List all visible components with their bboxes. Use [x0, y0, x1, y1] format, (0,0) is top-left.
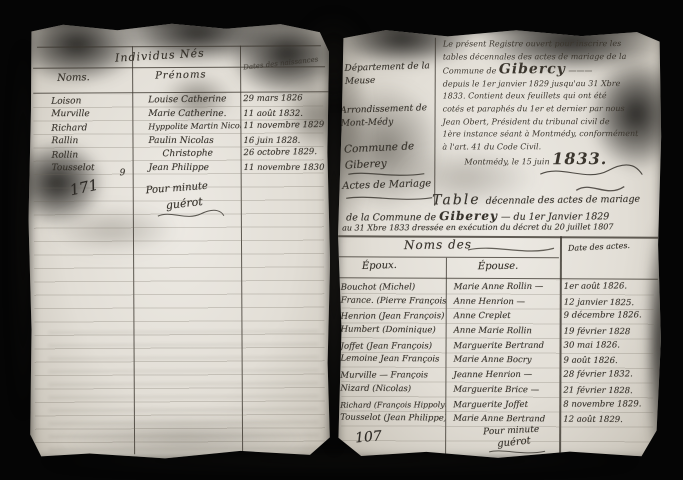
epouse: Anne Creplet	[446, 311, 560, 321]
nom: Rollin	[27, 150, 132, 161]
epouse: Anne Henrion —	[446, 296, 560, 307]
column-header-dates: Date des actes.	[568, 241, 630, 253]
decennial-heading-line3: au 31 Xbre 1833 dressée en exécution du …	[342, 222, 613, 232]
commune-name: Gibercy	[499, 61, 566, 77]
nom: Loison	[27, 96, 132, 107]
date: 30 mai 1826.	[560, 340, 662, 350]
column-header-dates: Dates des naissances	[243, 55, 319, 71]
epouse: Marie Anne Rollin —	[446, 282, 560, 292]
cert-line: cotés et paraphés du 1er et dernier par …	[443, 103, 657, 116]
date: 1er août 1826.	[560, 281, 662, 291]
scanned-register-spread: Individus Nés Noms. Prénoms Dates des na…	[0, 0, 683, 480]
signature-flourish-icon	[487, 447, 547, 457]
prenom: Louise Catherine	[132, 94, 240, 106]
cert-line: à l'art. 41 du Code Civil.	[442, 141, 656, 154]
left-table-title: Individus Nés	[115, 47, 205, 65]
heading-rest: décennale des actes de mariage	[486, 194, 641, 207]
nom: Rallin	[27, 136, 132, 146]
table-row: Tousselot Jean Philippe 11 novembre 1830	[28, 162, 330, 176]
date-place: Montmédy, le 15 juin	[464, 158, 549, 167]
ink-stain	[48, 207, 178, 253]
margin-page-number: 107	[355, 428, 383, 446]
nom: Richard	[27, 123, 132, 134]
date: 16 juin 1828.	[240, 135, 329, 145]
epouse: Marie Anne Bocry	[445, 355, 559, 366]
prenom: Paulin Nicolas	[132, 135, 240, 145]
cert-line-commune: Commune de Gibercy ———	[443, 63, 657, 78]
cert-line: 1833. Contient deux feuillets qui ont ét…	[443, 90, 657, 103]
commune-prefix: Commune de	[443, 67, 497, 76]
heading-line2-prefix: de la Commune de	[346, 212, 436, 223]
prenom: Jean Philippe	[133, 162, 241, 172]
heading-line2-rest: — du 1er Janvier 1829	[501, 211, 609, 222]
column-header-prenoms: Prénoms	[155, 69, 207, 81]
births-rows: Loison Louise Catherine 29 mars 1826 Mur…	[27, 94, 329, 177]
date: 28 février 1832.	[559, 369, 661, 379]
epoux: Nizard (Nicolas)	[335, 383, 445, 394]
left-page-births-table: Individus Nés Noms. Prénoms Dates des na…	[27, 21, 331, 461]
margin-divider	[434, 38, 436, 206]
date: 11 août 1832.	[240, 108, 329, 118]
date: 12 janvier 1825.	[560, 297, 662, 308]
marriages-rows: Bouchot (Michel) Marie Anne Rollin — 1er…	[335, 281, 662, 429]
closing-note: Pour minute	[483, 425, 539, 438]
signature-name: guérot	[497, 435, 532, 449]
prenom: Hyppolite Martin Nicolas	[132, 121, 240, 132]
epoux: Henrion (Jean François)	[336, 312, 446, 322]
date: 9 août 1826.	[559, 356, 661, 367]
date: 26 octobre 1829.	[240, 147, 329, 158]
header-underline	[338, 277, 658, 279]
dash-rule: ———	[568, 66, 592, 75]
nom: Tousselot	[28, 163, 133, 173]
decennial-table-heading: Table décennale des actes de mariage	[432, 187, 640, 209]
column-header-epouse: Épouse.	[478, 261, 519, 273]
page-shading	[27, 21, 331, 461]
epouse: Marie Anne Bertrand	[445, 414, 559, 425]
prenom: Christophe	[132, 148, 240, 160]
span-header-noms-des: Noms des	[404, 237, 472, 252]
cert-line: Jean Obert, Président du tribunal civil …	[443, 116, 657, 129]
cert-line: 1ère instance séant à Montmédy, conformé…	[442, 128, 656, 141]
signature-name: guérot	[165, 195, 203, 212]
margin-page-number: 171	[68, 176, 100, 200]
underline-flourish-icon	[344, 193, 434, 203]
table-row: Bouchot (Michel) Marie Anne Rollin — 1er…	[336, 281, 662, 297]
epouse: Anne Marie Rollin	[446, 326, 560, 337]
cert-date-line: Montmédy, le 15 juin 1833.	[442, 153, 656, 169]
epoux: France. (Pierre François)	[336, 295, 446, 306]
column-header-epoux: Époux.	[362, 260, 397, 272]
date: 19 février 1828	[560, 327, 662, 338]
table-border-top	[338, 235, 658, 238]
nom: Murville	[27, 109, 132, 119]
date: 21 février 1828.	[559, 385, 661, 396]
bleed-through-text	[48, 321, 319, 452]
tally-mark: 9	[120, 168, 126, 178]
cert-line: depuis le 1er janvier 1829 jusqu'au 31 X…	[443, 78, 657, 91]
heading-commune-name: Giberey	[439, 209, 498, 223]
ink-stain	[322, 27, 368, 237]
epouse: Marguerite Brice —	[445, 384, 559, 395]
margin-note-departement: Département de la Meuse	[344, 60, 431, 89]
margin-note-arrondissement: Arrondissement de Mont-Médy	[340, 102, 433, 131]
date: 29 mars 1826	[240, 93, 329, 104]
date: 12 août 1829.	[559, 415, 661, 426]
epouse: Marguerite Joffet	[445, 399, 559, 409]
decennial-heading-line2: de la Commune de Giberey — du 1er Janvie…	[346, 208, 609, 223]
big-year: 1833.	[552, 149, 607, 168]
closing-note: Pour minute	[145, 181, 208, 197]
epoux: Joffet (Jean François)	[336, 341, 446, 351]
table-row: Nizard (Nicolas) Marguerite Brice — 21 f…	[335, 383, 661, 401]
heading-word-table: Table	[432, 192, 481, 209]
right-page-marriage-table: Département de la Meuse Arrondissement d…	[335, 27, 663, 460]
epoux: Richard (François Hippolyte)	[335, 400, 445, 409]
date: 9 décembre 1826.	[560, 311, 662, 321]
epouse: Jeanne Henrion —	[445, 370, 559, 380]
margin-note-commune: Commune de Giberey	[344, 137, 431, 173]
epoux: Murville — François	[335, 370, 445, 380]
epouse: Marguerite Bertrand	[446, 340, 560, 350]
ink-stain	[59, 416, 309, 462]
certification-text: Le présent Registre ouvert pour inscrire…	[442, 38, 657, 170]
ink-stain	[227, 9, 347, 98]
prenom: Marie Catherine.	[132, 108, 240, 118]
date: 11 novembre 1829	[240, 120, 329, 131]
epoux: Humbert (Dominique)	[336, 325, 446, 336]
span-header-underline	[338, 256, 559, 258]
date: 8 novembre 1829.	[559, 399, 661, 409]
cert-line: Le présent Registre ouvert pour inscrire…	[443, 38, 657, 51]
column-header-noms: Noms.	[57, 72, 90, 84]
epoux: Lemoine Jean François	[335, 354, 445, 365]
date: 11 novembre 1830	[241, 162, 330, 172]
header-flourish-icon	[466, 244, 556, 256]
epoux: Tousselot (Jean Philippe)	[335, 413, 445, 424]
margin-note-actes: Actes de Mariage	[342, 178, 431, 192]
epoux: Bouchot (Michel)	[336, 282, 446, 292]
